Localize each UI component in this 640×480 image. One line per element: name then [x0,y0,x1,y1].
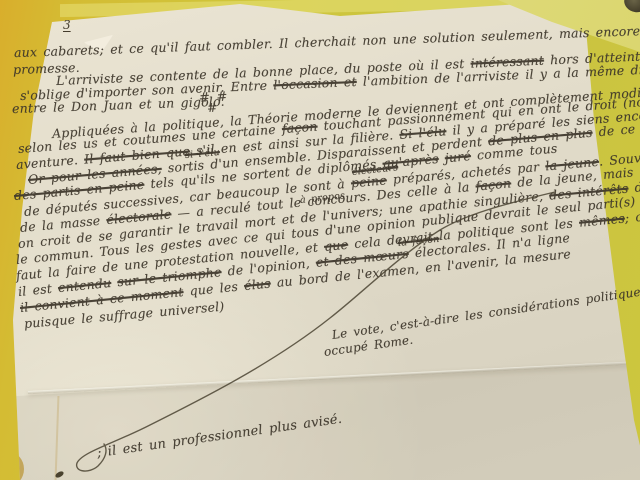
struck-text: juré [444,148,471,165]
section-mark-bottom: # [207,100,218,115]
struck-text: élus [243,275,271,293]
page-number: 3 [63,18,71,32]
handwritten-text: # [207,100,218,115]
photo-of-manuscript: 3 aux cabarets; et ce qu'il faut combler… [0,0,640,480]
